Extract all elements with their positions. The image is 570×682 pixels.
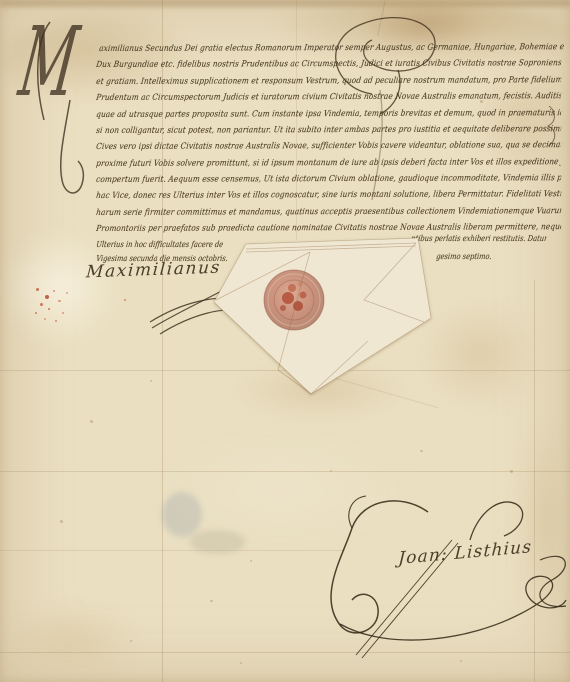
manuscript-line: si non colligantur, sicut potest, non pa… xyxy=(95,122,562,138)
foxing-spot xyxy=(60,520,63,523)
manuscript-line: compertum fuerit. Aequum esse censemus, … xyxy=(95,171,562,187)
manuscript-line-fragment: Ulterius in hoc difficultates facere de xyxy=(95,238,252,252)
ghost-ink-smudge xyxy=(190,530,245,554)
foxing-spot xyxy=(460,660,462,662)
foxing-spot xyxy=(330,470,332,472)
manuscript-line: aximilianus Secundus Dei gratia electus … xyxy=(98,40,565,56)
manuscript-line: Dux Burgundiae etc. fidelibus nostris Pr… xyxy=(95,56,562,72)
manuscript-line: hac Vice, donec res Ulterius inter Vos e… xyxy=(95,187,562,203)
manuscript-line: harum serie firmiter committimus et mand… xyxy=(95,204,562,220)
foxing-spot xyxy=(420,450,423,452)
manuscript-line: et gratiam. Intelleximus supplicationem … xyxy=(95,73,562,89)
manuscript-line: quae ad utrasque partes proposita sunt. … xyxy=(95,106,562,122)
manuscript-photo: M aximilianus Secundus Dei gratia electu… xyxy=(0,0,570,682)
manuscript-line: Prudentum ac Circumspectorum Judicis et … xyxy=(95,89,562,105)
foxing-spot xyxy=(240,662,242,664)
manuscript-line-fragment: ntibus perlatis exhiberi restitutis. Dat… xyxy=(410,232,547,246)
foxing-spot xyxy=(90,420,93,423)
foxing-spot xyxy=(210,600,213,602)
foxing-spot xyxy=(150,380,152,382)
manuscript-line: proxime futuri Vobis solvere promittunt,… xyxy=(95,155,562,171)
foxing-spot xyxy=(510,470,513,473)
foxing-spot xyxy=(250,560,252,562)
date-line-fragment: gesimo septimo. xyxy=(435,250,519,264)
foxing-spot xyxy=(130,640,132,642)
ghost-ink-smudge xyxy=(162,492,202,537)
manuscript-line: Cives vero ipsi dictae Civitatis nostrae… xyxy=(95,138,562,154)
